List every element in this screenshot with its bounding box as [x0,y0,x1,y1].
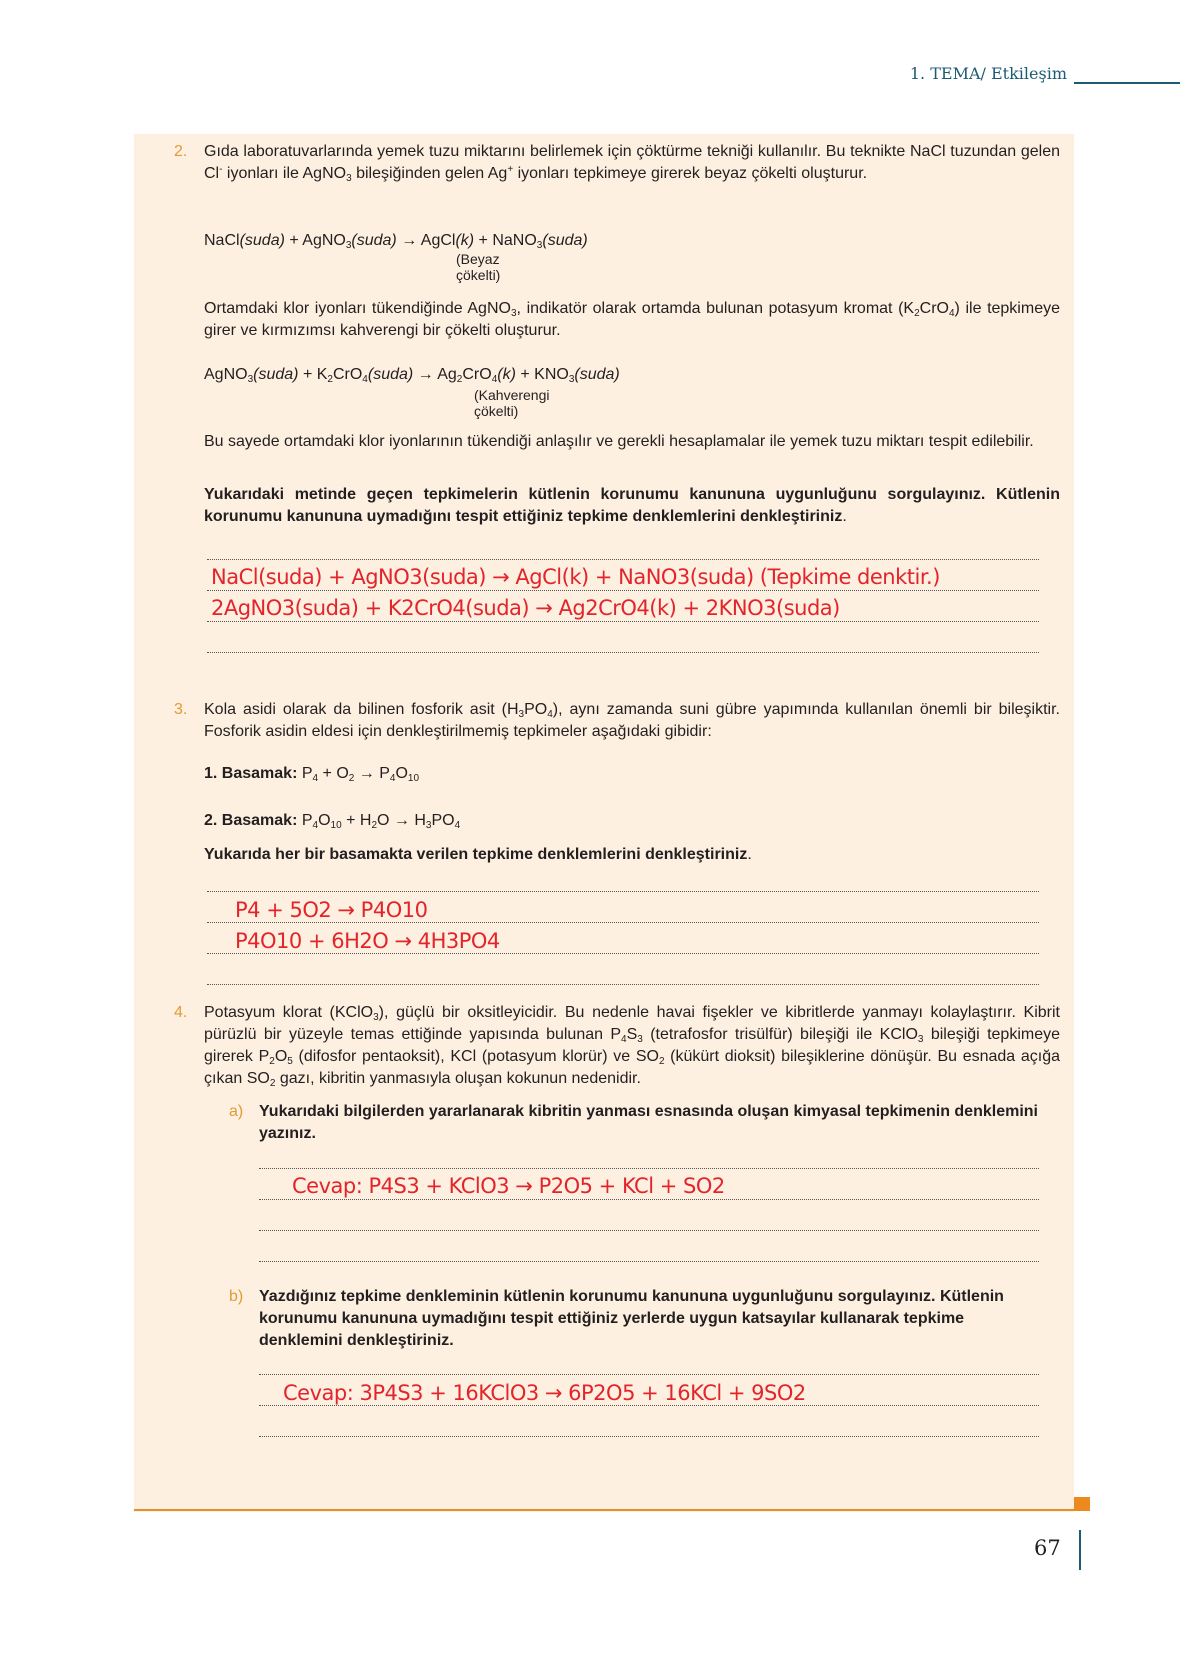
question-4b-prompt: b) Yazdığınız tepkime denkleminin kütlen… [259,1286,1049,1352]
answer-line [259,1261,1039,1262]
page-number: 67 [1034,1536,1061,1560]
panel-bottom-rule [134,1509,1074,1511]
answer-line [207,891,1039,892]
answer-line [259,1168,1039,1169]
header-rule [1074,82,1180,84]
answer-line [207,590,1039,591]
answer-line [259,1199,1039,1200]
question-number: 2. [174,141,187,163]
answer-line [207,559,1039,560]
question-4a-prompt: a) Yukarıdaki bilgilerden yararlanarak k… [259,1101,1039,1145]
equation-nacl-agno3: NaCl(suda) + AgNO3(suda) → AgCl(k) + NaN… [204,232,588,250]
question-2-middle: Ortamdaki klor iyonları tükendiğinde AgN… [204,298,1060,342]
precipitate-note-white: (Beyaz çökelti) [456,251,500,283]
handwritten-answer: Cevap: P4S3 + KClO3 → P2O5 + KCl + SO2 [292,1174,725,1198]
answer-line [207,953,1039,954]
handwritten-answer: P4 + 5O2 → P4O10 [235,898,427,922]
answer-line [207,984,1039,985]
question-2-conclusion: Bu sayede ortamdaki klor iyonlarının tük… [204,431,1060,453]
question-number: 4. [174,1002,187,1024]
answer-line [207,922,1039,923]
question-2-task: Yukarıdaki metinde geçen tepkimelerin kü… [204,484,1060,528]
answer-line [259,1436,1039,1437]
handwritten-answer: Cevap: 3P4S3 + 16KClO3 → 6P2O5 + 16KCl +… [283,1381,806,1405]
answer-line [207,652,1039,653]
answer-line [207,621,1039,622]
answer-line [259,1230,1039,1231]
step-2-equation: 2. Basamak: P4O10 + H2O → H3PO4 [204,812,460,830]
equation-agno3-k2cro4: AgNO3(suda) + K2CrO4(suda) → Ag2CrO4(k) … [204,366,620,384]
chapter-title: 1. TEMA/ Etkileşim [910,64,1067,83]
question-number: 3. [174,699,187,721]
answer-line [259,1405,1039,1406]
question-2-intro: 2. Gıda laboratuvarlarında yemek tuzu mi… [204,141,1060,185]
page-header: 1. TEMA/ Etkileşim [0,64,1187,88]
precipitate-note-brown: (Kahverengi çökelti) [474,387,550,419]
handwritten-answer: 2AgNO3(suda) + K2CrO4(suda) → Ag2CrO4(k)… [211,596,840,620]
corner-marker [1074,1497,1090,1511]
handwritten-answer: P4O10 + 6H2O → 4H3PO4 [235,929,500,953]
page-number-rule [1079,1530,1081,1570]
handwritten-answer: NaCl(suda) + AgNO3(suda) → AgCl(k) + NaN… [211,565,940,589]
step-1-equation: 1. Basamak: P4 + O2 → P4O10 [204,765,419,783]
part-a-label: a) [229,1101,243,1123]
part-b-label: b) [229,1286,243,1308]
question-4-intro: 4. Potasyum klorat (KClO3), güçlü bir ok… [204,1002,1060,1090]
question-3-intro: 3. Kola asidi olarak da bilinen fosforik… [204,699,1060,743]
answer-line [259,1374,1039,1375]
question-3-task: Yukarıda her bir basamakta verilen tepki… [204,844,1060,866]
